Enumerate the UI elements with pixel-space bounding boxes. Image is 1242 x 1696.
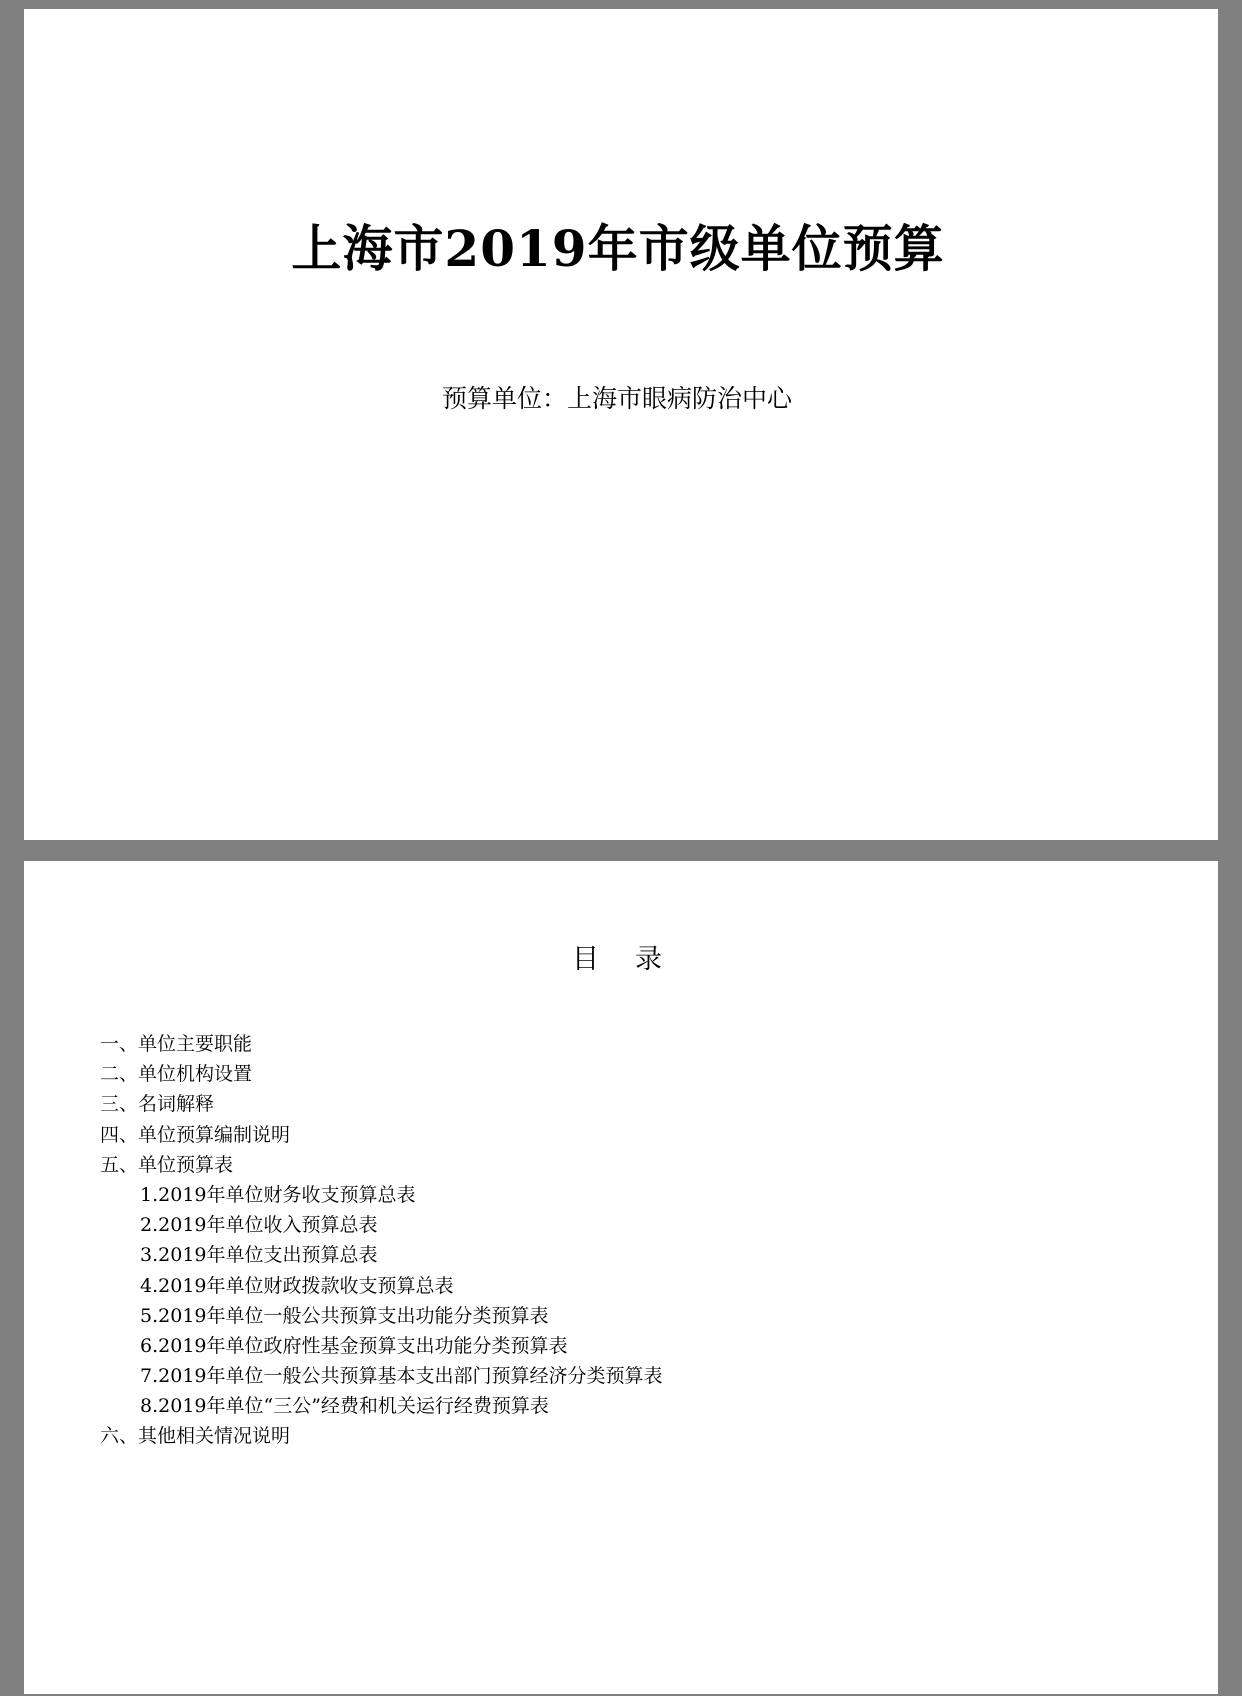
toc-item[interactable]: 一、单位主要职能 <box>100 1029 663 1059</box>
toc-list: 一、单位主要职能 二、单位机构设置 三、名词解释 四、单位预算编制说明 五、单位… <box>100 1029 663 1452</box>
toc-subitem[interactable]: 5. 2019年单位一般公共预算支出功能分类预算表 <box>100 1301 663 1331</box>
toc-item[interactable]: 四、单位预算编制说明 <box>100 1120 663 1150</box>
toc-subitem[interactable]: 4. 2019年单位财政拨款收支预算总表 <box>100 1271 663 1301</box>
toc-item[interactable]: 三、名词解释 <box>100 1089 663 1119</box>
toc-heading-left: 目 <box>572 937 599 976</box>
toc-heading: 目录 <box>24 937 1218 976</box>
toc-page: 目录 一、单位主要职能 二、单位机构设置 三、名词解释 四、单位预算编制说明 五… <box>24 861 1218 1694</box>
toc-item[interactable]: 二、单位机构设置 <box>100 1059 663 1089</box>
toc-subitem[interactable]: 7. 2019年单位一般公共预算基本支出部门预算经济分类预算表 <box>100 1361 663 1391</box>
toc-heading-right: 录 <box>635 937 662 976</box>
toc-subitem[interactable]: 6. 2019年单位政府性基金预算支出功能分类预算表 <box>100 1331 663 1361</box>
toc-item[interactable]: 五、单位预算表 <box>100 1150 663 1180</box>
budget-unit: 预算单位：上海市眼病防治中心 <box>24 379 1218 415</box>
cover-page: 上海市2019年市级单位预算 预算单位：上海市眼病防治中心 <box>24 9 1218 840</box>
toc-subitem[interactable]: 3. 2019年单位支出预算总表 <box>100 1240 663 1270</box>
toc-subitem[interactable]: 8. 2019年单位“三公”经费和机关运行经费预算表 <box>100 1391 663 1421</box>
toc-subitem[interactable]: 2. 2019年单位收入预算总表 <box>100 1210 663 1240</box>
toc-item[interactable]: 六、其他相关情况说明 <box>100 1421 663 1451</box>
toc-subitem[interactable]: 1. 2019年单位财务收支预算总表 <box>100 1180 663 1210</box>
document-title: 上海市2019年市级单位预算 <box>24 209 1218 281</box>
